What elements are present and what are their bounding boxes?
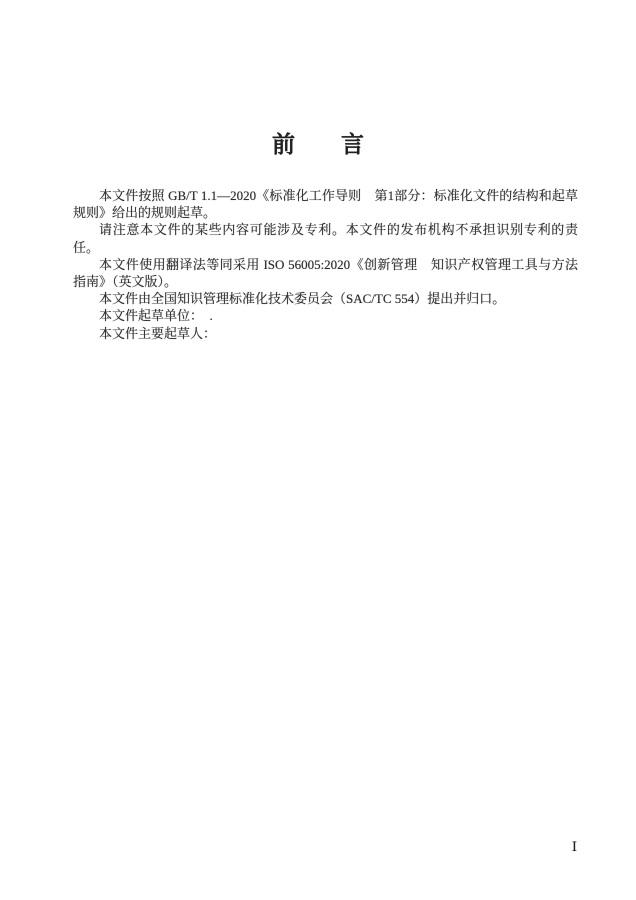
- paragraph-drafting-organizations: 本文件起草单位： .: [73, 307, 578, 324]
- paragraph-iso-adoption: 本文件使用翻译法等同采用 ISO 56005:2020《创新管理 知识产权管理工…: [73, 256, 578, 290]
- foreword-title: 前 言: [0, 130, 636, 158]
- document-page: 前 言 本文件按照 GB/T 1.1—2020《标准化工作导则 第1部分：标准化…: [0, 0, 636, 900]
- paragraph-drafting-rules: 本文件按照 GB/T 1.1—2020《标准化工作导则 第1部分：标准化文件的结…: [73, 187, 578, 221]
- paragraph-committee: 本文件由全国知识管理标准化技术委员会（SAC/TC 554）提出并归口。: [73, 290, 578, 307]
- foreword-body: 本文件按照 GB/T 1.1—2020《标准化工作导则 第1部分：标准化文件的结…: [73, 187, 578, 342]
- paragraph-main-drafters: 本文件主要起草人：: [73, 325, 578, 342]
- paragraph-patent-notice: 请注意本文件的某些内容可能涉及专利。本文件的发布机构不承担识别专利的责任。: [73, 221, 578, 255]
- page-number: Ⅰ: [572, 839, 577, 855]
